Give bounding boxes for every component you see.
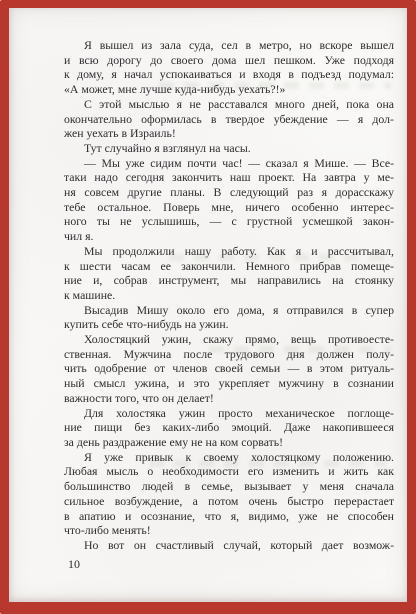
paragraph: Мы продолжили нашу работу. Как я и рассч… bbox=[64, 244, 394, 303]
text-line: ный смысл ужина, и это укрепляет мужчину… bbox=[64, 376, 394, 391]
text-line: к шести часам ее закончили. Немного приб… bbox=[64, 259, 394, 274]
text-line: окончательно оформилась в твердое убежде… bbox=[64, 112, 394, 127]
text-line: Но вот он счастливый случай, который дае… bbox=[64, 538, 394, 553]
text-line: ня совсем другие планы. В следующий раз … bbox=[64, 185, 394, 200]
paragraph: Я уже привык к своему холостяцкому полож… bbox=[64, 450, 394, 538]
paragraph: Высадив Мишу около его дома, я отправилс… bbox=[64, 303, 394, 332]
text-line: Для холостяка ужин просто механическое п… bbox=[64, 406, 394, 421]
text-line: к машине. bbox=[64, 288, 394, 303]
text-line: Я вышел из зала суда, сел в метро, но вс… bbox=[64, 38, 394, 53]
text-line: чил я. bbox=[64, 229, 394, 244]
text-line: в апатию и осознание, что я, видимо, уже… bbox=[64, 509, 394, 524]
text-line: ние пищи без каких-либо эмоций. Даже нак… bbox=[64, 420, 394, 435]
text-line: сильное возбуждение, а потом очень быстр… bbox=[64, 494, 394, 509]
text-line: и всю дорогу до своего дома шел пешком. … bbox=[64, 53, 394, 68]
text-line: Высадив Мишу около его дома, я отправилс… bbox=[64, 303, 394, 318]
page-number: 10 bbox=[68, 557, 80, 572]
text-line: ного ты не услышишь, — с грустной усмешк… bbox=[64, 214, 394, 229]
text-line: С этой мыслью я не расставался много дне… bbox=[64, 97, 394, 112]
text-line: большинство людей в семье, вызывает у ме… bbox=[64, 479, 394, 494]
text-line: чить одобрение от членов своей семьи — в… bbox=[64, 361, 394, 376]
text-line: Мы продолжили нашу работу. Как я и рассч… bbox=[64, 244, 394, 259]
paragraph: Я вышел из зала суда, сел в метро, но вс… bbox=[64, 38, 394, 97]
text-line: ние и, собрав инструмент, мы направились… bbox=[64, 273, 394, 288]
text-line: Холостяцкий ужин, скажу прямо, вещь прот… bbox=[64, 332, 394, 347]
text-line: «А может, мне лучше куда-нибудь уехать?!… bbox=[64, 82, 394, 97]
text-line: — Мы уже сидим почти час! — сказал я Миш… bbox=[64, 156, 394, 171]
text-line: что-либо менять! bbox=[64, 523, 394, 538]
text-line: важности того, что он делает! bbox=[64, 391, 394, 406]
text-line: Тут случайно я взглянул на часы. bbox=[64, 141, 394, 156]
paragraph: С этой мыслью я не расставался много дне… bbox=[64, 97, 394, 141]
text-line: таки надо сегодня закончить наш проект. … bbox=[64, 170, 394, 185]
text-line: к дому, я начал успокаиваться и входя в … bbox=[64, 67, 394, 82]
paragraph: — Мы уже сидим почти час! — сказал я Миш… bbox=[64, 156, 394, 244]
paragraph: Холостяцкий ужин, скажу прямо, вещь прот… bbox=[64, 332, 394, 406]
text-line: Я уже привык к своему холостяцкому полож… bbox=[64, 450, 394, 465]
paragraph: Но вот он счастливый случай, который дае… bbox=[64, 538, 394, 553]
text-line: тебе остальное. Поверь мне, ничего особе… bbox=[64, 200, 394, 215]
paragraph: Для холостяка ужин просто механическое п… bbox=[64, 406, 394, 450]
text-line: купить себе что-нибудь на ужин. bbox=[64, 317, 394, 332]
book-page: Я вышел из зала суда, сел в метро, но вс… bbox=[9, 8, 407, 602]
page-text: Я вышел из зала суда, сел в метро, но вс… bbox=[64, 38, 394, 553]
text-line: жен уехать в Израиль! bbox=[64, 126, 394, 141]
book-cover-frame: Я вышел из зала суда, сел в метро, но вс… bbox=[0, 0, 416, 614]
paragraph: Тут случайно я взглянул на часы. bbox=[64, 141, 394, 156]
text-line: ственная. Мужчина после трудового дня до… bbox=[64, 347, 394, 362]
text-line: за день раздражение ему не на ком сорват… bbox=[64, 435, 394, 450]
text-line: Любая мысль о необходимости его изменить… bbox=[64, 464, 394, 479]
